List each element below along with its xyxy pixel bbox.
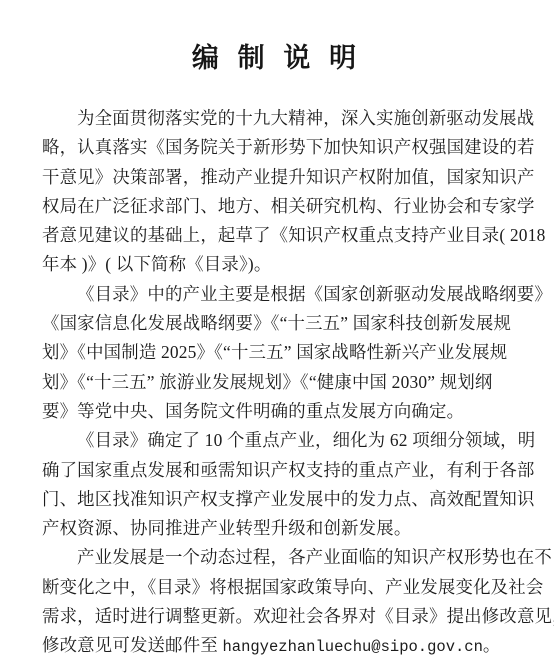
paragraph: 为全面贯彻落实党的十九大精神，深入实施创新驱动发展战 略，认真落实《国务院关于新… [42, 104, 514, 280]
email-address: hangyezhanluechu@sipo.gov.cn [222, 638, 482, 656]
text-line: 《国家信息化发展战略纲要》《“十三五” 国家科技创新发展规 [42, 309, 514, 338]
paragraph: 产业发展是一个动态过程，各产业面临的知识产权形势也在不 断变化之中，《目录》将根… [42, 543, 514, 662]
text-line: 门、地区找准知识产权支撑产业发展中的发力点、高效配置知识 [42, 485, 514, 514]
text-line: 产权资源、协同推进产业转型升级和创新发展。 [42, 514, 514, 543]
page-title: 编 制 说 明 [0, 0, 554, 74]
email-line-prefix: 修改意见可发送邮件至 [42, 635, 222, 655]
document-page: 编 制 说 明 为全面贯彻落实党的十九大精神，深入实施创新驱动发展战 略，认真落… [0, 0, 554, 668]
text-line: 《目录》中的产业主要是根据《国家创新驱动发展战略纲要》 [42, 280, 514, 309]
text-line: 干意见》决策部署，推动产业提升知识产权附加值，国家知识产 [42, 163, 514, 192]
text-line: 划》《“十三五” 旅游业发展规划》《“健康中国 2030” 规划纲 [42, 368, 514, 397]
text-line: 需求，适时进行调整更新。欢迎社会各界对《目录》提出修改意见， [42, 602, 514, 631]
document-body: 为全面贯彻落实党的十九大精神，深入实施创新驱动发展战 略，认真落实《国务院关于新… [42, 104, 514, 663]
text-line: 为全面贯彻落实党的十九大精神，深入实施创新驱动发展战 [42, 104, 514, 133]
text-line: 断变化之中，《目录》将根据国家政策导向、产业发展变化及社会 [42, 573, 514, 602]
paragraph: 《目录》中的产业主要是根据《国家创新驱动发展战略纲要》 《国家信息化发展战略纲要… [42, 280, 514, 426]
email-line-suffix: 。 [483, 635, 501, 655]
text-line: 略，认真落实《国务院关于新形势下加快知识产权强国建设的若 [42, 133, 514, 162]
paragraph: 《目录》确定了 10 个重点产业，细化为 62 项细分领域，明 确了国家重点发展… [42, 426, 514, 543]
text-line: 产业发展是一个动态过程，各产业面临的知识产权形势也在不 [42, 543, 514, 572]
text-line: 确了国家重点发展和亟需知识产权支持的重点产业，有利于各部 [42, 456, 514, 485]
text-line: 《目录》确定了 10 个重点产业，细化为 62 项细分领域，明 [42, 426, 514, 455]
text-line: 者意见建议的基础上，起草了《知识产权重点支持产业目录( 2018 [42, 221, 514, 250]
text-line: 年本 )》( 以下简称《目录》)。 [42, 250, 514, 279]
text-line: 要》等党中央、国务院文件明确的重点发展方向确定。 [42, 397, 514, 426]
text-line: 划》《中国制造 2025》《“十三五” 国家战略性新兴产业发展规 [42, 338, 514, 367]
text-line: 权局在广泛征求部门、地方、相关研究机构、行业协会和专家学 [42, 192, 514, 221]
text-line: 修改意见可发送邮件至 hangyezhanluechu@sipo.gov.cn。 [42, 631, 514, 662]
